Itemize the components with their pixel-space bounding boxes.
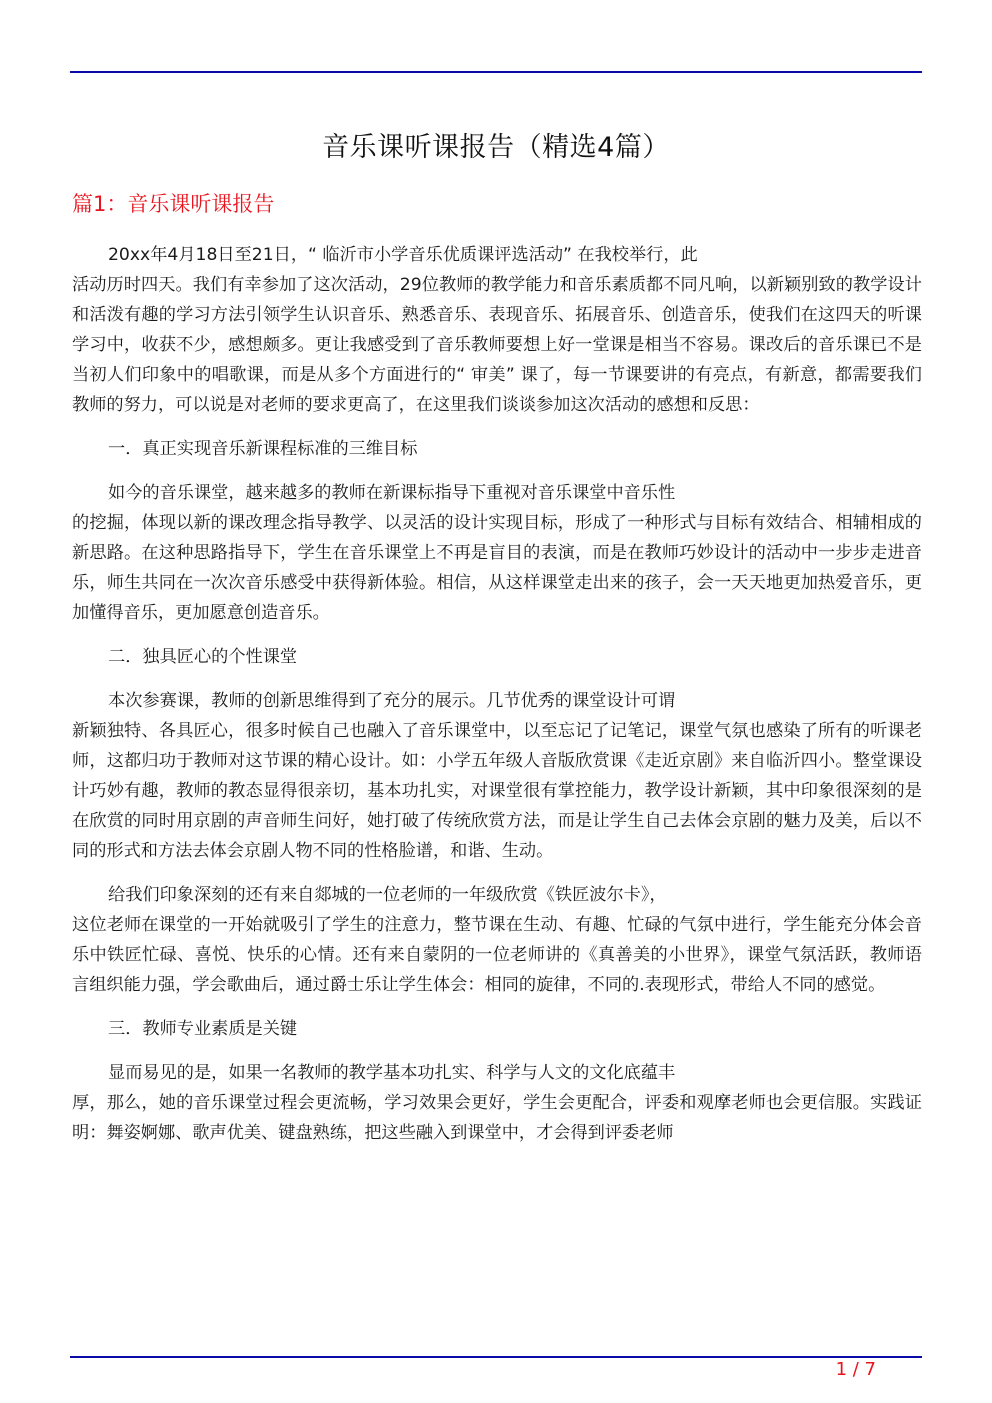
paragraph-first-line: 显而易见的是，如果一名教师的教学基本功扎实、科学与人文的文化底蕴丰 xyxy=(72,1058,922,1088)
document-title: 音乐课听课报告（精选4篇） xyxy=(0,128,992,168)
subheading-1: 一．真正实现音乐新课程标准的三维目标 xyxy=(72,434,922,464)
paragraph-first-line: 如今的音乐课堂，越来越多的教师在新课标指导下重视对音乐课堂中音乐性 xyxy=(72,478,922,508)
header-rule xyxy=(70,71,922,73)
subheading-2: 二．独具匠心的个性课堂 xyxy=(72,642,922,672)
paragraph-2: 如今的音乐课堂，越来越多的教师在新课标指导下重视对音乐课堂中音乐性 的挖掘，体现… xyxy=(72,478,922,628)
paragraph-first-line: 20xx年4月18日至21日，“ 临沂市小学音乐优质课评选活动” 在我校举行，此 xyxy=(72,240,922,270)
document-body: 20xx年4月18日至21日，“ 临沂市小学音乐优质课评选活动” 在我校举行，此… xyxy=(72,240,922,1148)
paragraph-text: 的挖掘，体现以新的课改理念指导教学、以灵活的设计实现目标，形成了一种形式与目标有… xyxy=(72,513,922,623)
paragraph-text: 这位老师在课堂的一开始就吸引了学生的注意力，整节课在生动、有趣、忙碌的气氛中进行… xyxy=(72,915,922,995)
paragraph-3: 本次参赛课，教师的创新思维得到了充分的展示。几节优秀的课堂设计可谓 新颖独特、各… xyxy=(72,686,922,866)
page-number: 1 / 7 xyxy=(836,1356,876,1384)
paragraph-first-line: 本次参赛课，教师的创新思维得到了充分的展示。几节优秀的课堂设计可谓 xyxy=(72,686,922,716)
paragraph-first-line: 给我们印象深刻的还有来自郯城的一位老师的一年级欣赏《铁匠波尔卡》， xyxy=(72,880,922,910)
paragraph-5: 显而易见的是，如果一名教师的教学基本功扎实、科学与人文的文化底蕴丰 厚，那么，她… xyxy=(72,1058,922,1148)
section-heading: 篇1：音乐课听课报告 xyxy=(72,188,274,220)
footer-rule xyxy=(70,1356,922,1358)
paragraph-1: 20xx年4月18日至21日，“ 临沂市小学音乐优质课评选活动” 在我校举行，此… xyxy=(72,240,922,420)
paragraph-text: 新颖独特、各具匠心，很多时候自己也融入了音乐课堂中，以至忘记了记笔记，课堂气氛也… xyxy=(72,721,922,861)
paragraph-text: 厚，那么，她的音乐课堂过程会更流畅，学习效果会更好，学生会更配合，评委和观摩老师… xyxy=(72,1093,922,1143)
paragraph-4: 给我们印象深刻的还有来自郯城的一位老师的一年级欣赏《铁匠波尔卡》， 这位老师在课… xyxy=(72,880,922,1000)
subheading-3: 三．教师专业素质是关键 xyxy=(72,1014,922,1044)
paragraph-text: 活动历时四天。我们有幸参加了这次活动，29位教师的教学能力和音乐素质都不同凡响，… xyxy=(72,275,922,415)
